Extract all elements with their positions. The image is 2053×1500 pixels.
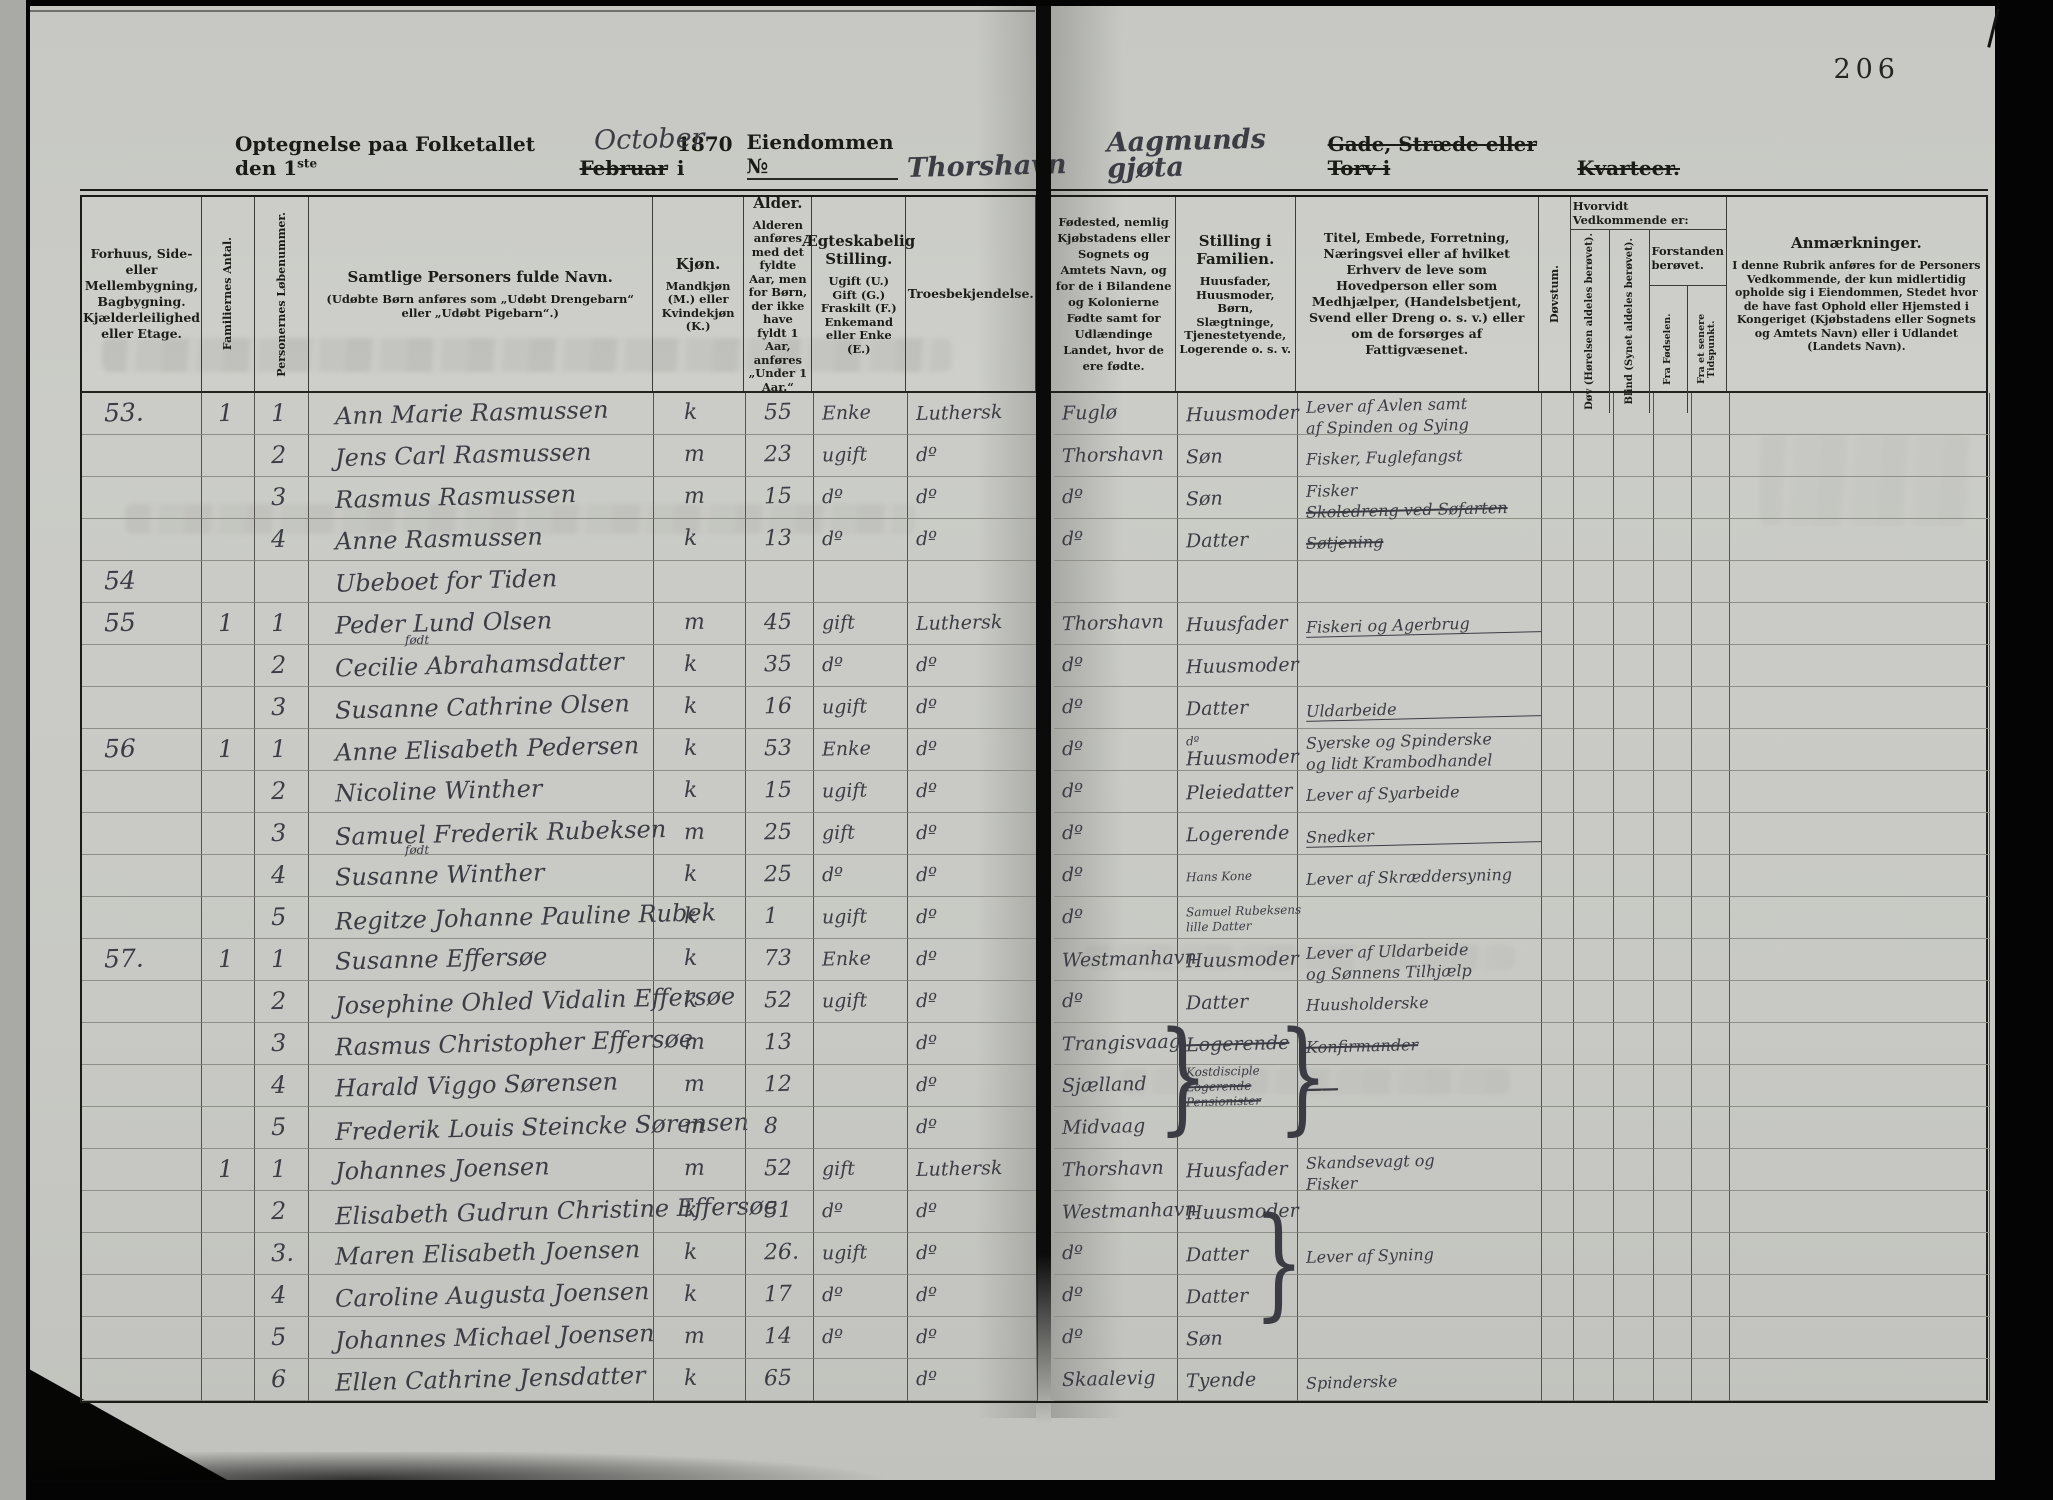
cell-nr: 3 (255, 477, 309, 519)
cell-navn: Josephine Ohled Vidalin Effersøe (309, 981, 654, 1023)
cell-dov (1574, 393, 1614, 435)
cell-anm (1730, 981, 1990, 1023)
cell-erh: Uldarbeide (1298, 687, 1542, 729)
cell-stil: Huusmoder (1178, 939, 1298, 981)
cell-ff (1654, 729, 1692, 771)
cell-ff (1654, 477, 1692, 519)
cell-stil: Datter (1178, 519, 1298, 561)
cell-kjon (654, 561, 746, 603)
cell-hus: 55 (82, 603, 202, 645)
cell-fod: dº (1054, 519, 1178, 561)
cell-blind (1614, 1023, 1654, 1065)
cell-dstum (1542, 939, 1574, 981)
cell-fam: 1 (202, 729, 255, 771)
cell-dov (1574, 519, 1614, 561)
cell-stand (814, 1107, 908, 1149)
cell-fs (1692, 393, 1730, 435)
cell-troes: dº (908, 1023, 1038, 1065)
cell-alder: 13 (746, 519, 814, 561)
cell-fs (1692, 603, 1730, 645)
cell-stand: Enke (814, 393, 908, 435)
col-header-deaf: Døv (Hørelsen aldeles berøvet). (1571, 230, 1611, 413)
cell-anm (1730, 813, 1990, 855)
cell-dstum (1542, 1275, 1574, 1317)
cell-alder: 52 (746, 1149, 814, 1191)
cell-troes: dº (908, 687, 1038, 729)
cell-stil: Datter (1178, 687, 1298, 729)
cell-hus (82, 645, 202, 687)
cell-fam (202, 519, 255, 561)
cell-blind (1614, 1065, 1654, 1107)
cell-stand: dº (814, 1275, 908, 1317)
cell-fam (202, 1317, 255, 1359)
cell-alder: 25 (746, 855, 814, 897)
cell-anm (1730, 561, 1990, 603)
cell-anm (1730, 1191, 1990, 1233)
cell-alder: 35 (746, 645, 814, 687)
cell-anm (1730, 1359, 1990, 1401)
cell-erh: Fiskeri og Agerbrug (1298, 603, 1542, 645)
cell-blind (1614, 519, 1654, 561)
page-number: 206 (1833, 54, 1900, 85)
cell-fod: Westmanhavn (1054, 1191, 1178, 1233)
cell-dstum (1542, 1107, 1574, 1149)
cell-ff (1654, 1065, 1692, 1107)
cell-dov (1574, 1359, 1614, 1401)
cell-hus: 57. (82, 939, 202, 981)
cell-alder: 15 (746, 771, 814, 813)
cell-kjon: m (654, 435, 746, 477)
cell-erh: FiskerSkoledreng ved Søfarten (1298, 477, 1542, 519)
cell-troes: dº (908, 813, 1038, 855)
cell-nr: 3 (255, 813, 309, 855)
cell-blind (1614, 687, 1654, 729)
cell-kjon: k (654, 1359, 746, 1401)
cell-anm (1730, 729, 1990, 771)
cell-ff (1654, 1233, 1692, 1275)
cell-blind (1614, 1149, 1654, 1191)
cell-fs (1692, 1065, 1730, 1107)
cell-ff (1654, 1023, 1692, 1065)
cell-dov (1574, 603, 1614, 645)
cell-fod: dº (1054, 1233, 1178, 1275)
cell-dov (1574, 981, 1614, 1023)
cell-fod: dº (1054, 813, 1178, 855)
census-table: Forhuus, Side- eller Mellembygning, Bagb… (80, 195, 1988, 1403)
cell-dstum (1542, 813, 1574, 855)
cell-hus (82, 1275, 202, 1317)
cell-navn: fødtCecilie Abrahamsdatter (309, 645, 654, 687)
cell-fs (1692, 519, 1730, 561)
cell-hus (82, 1233, 202, 1275)
cell-nr: 2 (255, 435, 309, 477)
cell-troes: dº (908, 1359, 1038, 1401)
cell-kjon: m (654, 603, 746, 645)
title-street-label: Gade, Stræde eller Torv i (1328, 132, 1569, 180)
cell-ff (1654, 1191, 1692, 1233)
cell-hus (82, 519, 202, 561)
cell-stand: ugift (814, 897, 908, 939)
cell-navn: Harald Viggo Sørensen (309, 1065, 654, 1107)
col-header-age: Alder. Alderen anføres med det fyldte Aa… (744, 197, 812, 391)
cell-hus (82, 981, 202, 1023)
cell-fam (202, 897, 255, 939)
cell-navn: Rasmus Christopher Effersøe (309, 1023, 654, 1065)
cell-nr: 1 (255, 1149, 309, 1191)
cell-erh: Huusholderske (1298, 981, 1542, 1023)
cell-anm (1730, 603, 1990, 645)
cell-alder: 23 (746, 435, 814, 477)
cell-hus (82, 771, 202, 813)
col-header-sex: Kjøn. Mandkjøn (M.) eller Kvindekjøn (K.… (653, 197, 745, 391)
cell-fod: Thorshavn (1054, 1149, 1178, 1191)
cell-ff (1654, 1275, 1692, 1317)
cell-hus (82, 687, 202, 729)
cell-troes: dº (908, 1275, 1038, 1317)
cell-fam (202, 1275, 255, 1317)
cell-troes: Luthersk (908, 393, 1038, 435)
cell-ff (1654, 855, 1692, 897)
col-header-person-number: Personernes Løbenummer. (255, 197, 309, 391)
cell-stand: ugift (814, 981, 908, 1023)
cell-dov (1574, 855, 1614, 897)
cell-dstum (1542, 645, 1574, 687)
cell-hus: 56 (82, 729, 202, 771)
cell-stand: Enke (814, 939, 908, 981)
cell-fs (1692, 729, 1730, 771)
cell-troes (908, 561, 1038, 603)
cell-stil: Tyende (1178, 1359, 1298, 1401)
cell-dov (1574, 561, 1614, 603)
cell-fod: dº (1054, 897, 1178, 939)
cell-fod: dº (1054, 855, 1178, 897)
cell-dov (1574, 771, 1614, 813)
cell-stand (814, 1359, 908, 1401)
cell-kjon: k (654, 519, 746, 561)
cell-fam (202, 771, 255, 813)
cell-troes: dº (908, 1233, 1038, 1275)
cell-anm (1730, 1023, 1990, 1065)
cell-fam: 1 (202, 393, 255, 435)
cell-ff (1654, 1149, 1692, 1191)
cell-blind (1614, 393, 1654, 435)
cell-erh: Spinderske (1298, 1359, 1542, 1401)
cell-anm (1730, 1233, 1990, 1275)
cell-troes: dº (908, 435, 1038, 477)
cell-stand: ugift (814, 1233, 908, 1275)
cell-navn: Ann Marie Rasmussen (309, 393, 654, 435)
handwritten-street-name: Aagmunds gjøta (1106, 125, 1319, 182)
cell-dov (1574, 1023, 1614, 1065)
cell-alder: 73 (746, 939, 814, 981)
cell-erh: Konfirmander (1298, 1023, 1542, 1065)
cell-troes: dº (908, 729, 1038, 771)
cell-navn: Susanne Cathrine Olsen (309, 687, 654, 729)
cell-fam (202, 1065, 255, 1107)
cell-ff (1654, 813, 1692, 855)
cell-troes: dº (908, 1065, 1038, 1107)
cell-blind (1614, 1107, 1654, 1149)
cell-blind (1614, 1359, 1654, 1401)
cell-dstum (1542, 855, 1574, 897)
cell-troes: dº (908, 1191, 1038, 1233)
cell-stand (814, 1065, 908, 1107)
cell-dov (1574, 897, 1614, 939)
cell-blind (1614, 645, 1654, 687)
cell-fam (202, 645, 255, 687)
cell-kjon: m (654, 477, 746, 519)
cell-dov (1574, 1107, 1614, 1149)
cell-stil: Hans Kone (1178, 855, 1298, 897)
cell-navn: Johannes Michael Joensen (309, 1317, 654, 1359)
cell-dstum (1542, 477, 1574, 519)
cell-fam (202, 435, 255, 477)
cell-stil: dºHuusmoder (1178, 729, 1298, 771)
cell-fod: dº (1054, 1317, 1178, 1359)
cell-fs (1692, 561, 1730, 603)
cell-stil (1178, 561, 1298, 603)
cell-navn: fødtSusanne Winther (309, 855, 654, 897)
cell-nr: 2 (255, 771, 309, 813)
cell-fs (1692, 1149, 1730, 1191)
cell-blind (1614, 477, 1654, 519)
cell-ff (1654, 981, 1692, 1023)
cell-stil: Logerende (1178, 813, 1298, 855)
cell-hus (82, 1317, 202, 1359)
cell-alder: 65 (746, 1359, 814, 1401)
cell-navn: Ubeboet for Tiden (309, 561, 654, 603)
cell-erh (1298, 1275, 1542, 1317)
cell-erh (1298, 1317, 1542, 1359)
cell-stand: gift (814, 813, 908, 855)
cell-dov (1574, 687, 1614, 729)
grouping-brace: } (1158, 1015, 1208, 1137)
cell-anm (1730, 1065, 1990, 1107)
cell-navn: Frederik Louis Steincke Sørensen (309, 1107, 654, 1149)
cell-nr: 5 (255, 897, 309, 939)
cell-stand: dº (814, 645, 908, 687)
handwritten-month: October (593, 126, 704, 155)
cell-dstum (1542, 687, 1574, 729)
cell-kjon: m (654, 1317, 746, 1359)
cell-navn: Ellen Cathrine Jensdatter (309, 1359, 654, 1401)
cell-hus (82, 435, 202, 477)
cell-ff (1654, 939, 1692, 981)
cell-kjon: k (654, 939, 746, 981)
cell-fs (1692, 939, 1730, 981)
cell-troes: dº (908, 645, 1038, 687)
cell-fod: dº (1054, 645, 1178, 687)
cell-hus (82, 897, 202, 939)
cell-nr: 1 (255, 729, 309, 771)
cell-navn: Samuel Frederik Rubeksen (309, 813, 654, 855)
cell-stand: dº (814, 477, 908, 519)
cell-fod: dº (1054, 729, 1178, 771)
cell-dstum (1542, 981, 1574, 1023)
cell-ff (1654, 561, 1692, 603)
cell-blind (1614, 435, 1654, 477)
cell-nr: 3 (255, 1023, 309, 1065)
cell-alder: 13 (746, 1023, 814, 1065)
cell-troes: dº (908, 519, 1038, 561)
scan-left-edge (0, 0, 26, 1500)
cell-kjon: k (654, 981, 746, 1023)
cell-fod: Thorshavn (1054, 603, 1178, 645)
cell-kjon: k (654, 393, 746, 435)
cell-ff (1654, 603, 1692, 645)
cell-troes: dº (908, 897, 1038, 939)
cell-fs (1692, 687, 1730, 729)
cell-erh (1298, 645, 1542, 687)
cell-fam (202, 561, 255, 603)
cell-anm (1730, 1107, 1990, 1149)
cell-stand (814, 1023, 908, 1065)
cell-anm (1730, 939, 1990, 981)
cell-nr: 4 (255, 1065, 309, 1107)
cell-stand: ugift (814, 435, 908, 477)
cell-fod: dº (1054, 1275, 1178, 1317)
cell-ff (1654, 1107, 1692, 1149)
cell-troes: Luthersk (908, 1149, 1038, 1191)
cell-ff (1654, 435, 1692, 477)
title-text: Optegnelse paa Folketallet den 1ste (235, 132, 571, 180)
cell-anm (1730, 687, 1990, 729)
cell-stil: Søn (1178, 477, 1298, 519)
cell-alder: 25 (746, 813, 814, 855)
cell-nr: 1 (255, 393, 309, 435)
cell-fod: dº (1054, 771, 1178, 813)
cell-fs (1692, 1317, 1730, 1359)
cell-dstum (1542, 771, 1574, 813)
cell-fs (1692, 645, 1730, 687)
cell-fs (1692, 435, 1730, 477)
col-header-marital-status: Ægteskabelig Stilling. Ugift (U.) Gift (… (812, 197, 906, 391)
cell-alder: 8 (746, 1107, 814, 1149)
cell-fs (1692, 897, 1730, 939)
cell-nr: 1 (255, 603, 309, 645)
cell-hus (82, 855, 202, 897)
cell-ff (1654, 519, 1692, 561)
cell-anm (1730, 393, 1990, 435)
cell-dov (1574, 1275, 1614, 1317)
cell-anm (1730, 1149, 1990, 1191)
cell-alder: 16 (746, 687, 814, 729)
cell-dov (1574, 729, 1614, 771)
cell-dstum (1542, 897, 1574, 939)
cell-blind (1614, 603, 1654, 645)
cell-dstum (1542, 603, 1574, 645)
cell-alder: 45 (746, 603, 814, 645)
cell-hus (82, 477, 202, 519)
cell-erh: Skandsevagt ogFisker (1298, 1149, 1542, 1191)
cell-fam (202, 981, 255, 1023)
cell-navn: Caroline Augusta Joensen (309, 1275, 654, 1317)
cell-fam (202, 1359, 255, 1401)
cell-erh: Lever af Syarbeide (1298, 771, 1542, 813)
cell-dstum (1542, 1149, 1574, 1191)
cell-anm (1730, 645, 1990, 687)
cell-navn: Susanne Effersøe (309, 939, 654, 981)
cell-troes: dº (908, 939, 1038, 981)
cell-fam (202, 855, 255, 897)
cell-nr (255, 561, 309, 603)
cell-fod: Westmanhavn (1054, 939, 1178, 981)
cell-stand: dº (814, 855, 908, 897)
cell-hus (82, 1191, 202, 1233)
cell-fam (202, 687, 255, 729)
cell-alder: 15 (746, 477, 814, 519)
col-header-family-position: Stilling i Familien. Huusfader, Huusmode… (1176, 197, 1296, 391)
cell-erh (1298, 1107, 1542, 1149)
cell-blind (1614, 1191, 1654, 1233)
cell-ff (1654, 771, 1692, 813)
cell-kjon: m (654, 1023, 746, 1065)
cell-dstum (1542, 561, 1574, 603)
cell-navn: Regitze Johanne Pauline Rubek (309, 897, 654, 939)
cell-erh (1298, 561, 1542, 603)
cell-stil: Huusfader (1178, 1149, 1298, 1191)
cell-blind (1614, 1275, 1654, 1317)
cell-fam (202, 1233, 255, 1275)
cell-navn: Anne Elisabeth Pedersen (309, 729, 654, 771)
cell-kjon: k (654, 1275, 746, 1317)
cell-dov (1574, 939, 1614, 981)
cell-stand (814, 561, 908, 603)
table-body: 53.11Ann Marie Rasmussenk55EnkeLutherskF… (82, 393, 1986, 1401)
cell-alder: 53 (746, 729, 814, 771)
grouping-brace: } (1278, 1015, 1328, 1137)
cell-dstum (1542, 1233, 1574, 1275)
cell-stand: gift (814, 603, 908, 645)
cell-alder: 26. (746, 1233, 814, 1275)
cell-kjon: m (654, 1107, 746, 1149)
cell-alder: 17 (746, 1275, 814, 1317)
cell-dstum (1542, 1317, 1574, 1359)
cell-stand: dº (814, 1191, 908, 1233)
cell-blind (1614, 855, 1654, 897)
cell-dstum (1542, 1359, 1574, 1401)
cell-anm (1730, 855, 1990, 897)
cell-nr: 6 (255, 1359, 309, 1401)
cell-troes: Luthersk (908, 603, 1038, 645)
cell-alder (746, 561, 814, 603)
title-month: Februar October (580, 156, 668, 180)
cell-erh: Lever af Avlen samtaf Spinden og Sying (1298, 393, 1542, 435)
cell-hus (82, 1107, 202, 1149)
cell-anm (1730, 519, 1990, 561)
cell-fs (1692, 981, 1730, 1023)
cell-dstum (1542, 1191, 1574, 1233)
cell-fam: 1 (202, 603, 255, 645)
cell-erh: Snedker (1298, 813, 1542, 855)
cell-fod: Fuglø (1054, 393, 1178, 435)
cell-navn: Jens Carl Rasmussen (309, 435, 654, 477)
cell-dov (1574, 1149, 1614, 1191)
cell-alder: 51 (746, 1191, 814, 1233)
cell-ff (1654, 687, 1692, 729)
col-header-deaf-mute: Døvstum. (1539, 197, 1571, 391)
cell-anm (1730, 435, 1990, 477)
cell-erh: Søtjening (1298, 519, 1542, 561)
cell-blind (1614, 1233, 1654, 1275)
paper-sheet: 206 Optegnelse paa Folketallet den 1ste … (30, 6, 1995, 1480)
cell-ff (1654, 897, 1692, 939)
cell-kjon: k (654, 687, 746, 729)
cell-troes: dº (908, 477, 1038, 519)
cell-stil: Huusfader (1178, 603, 1298, 645)
cell-fod: dº (1054, 477, 1178, 519)
cell-fam (202, 1107, 255, 1149)
